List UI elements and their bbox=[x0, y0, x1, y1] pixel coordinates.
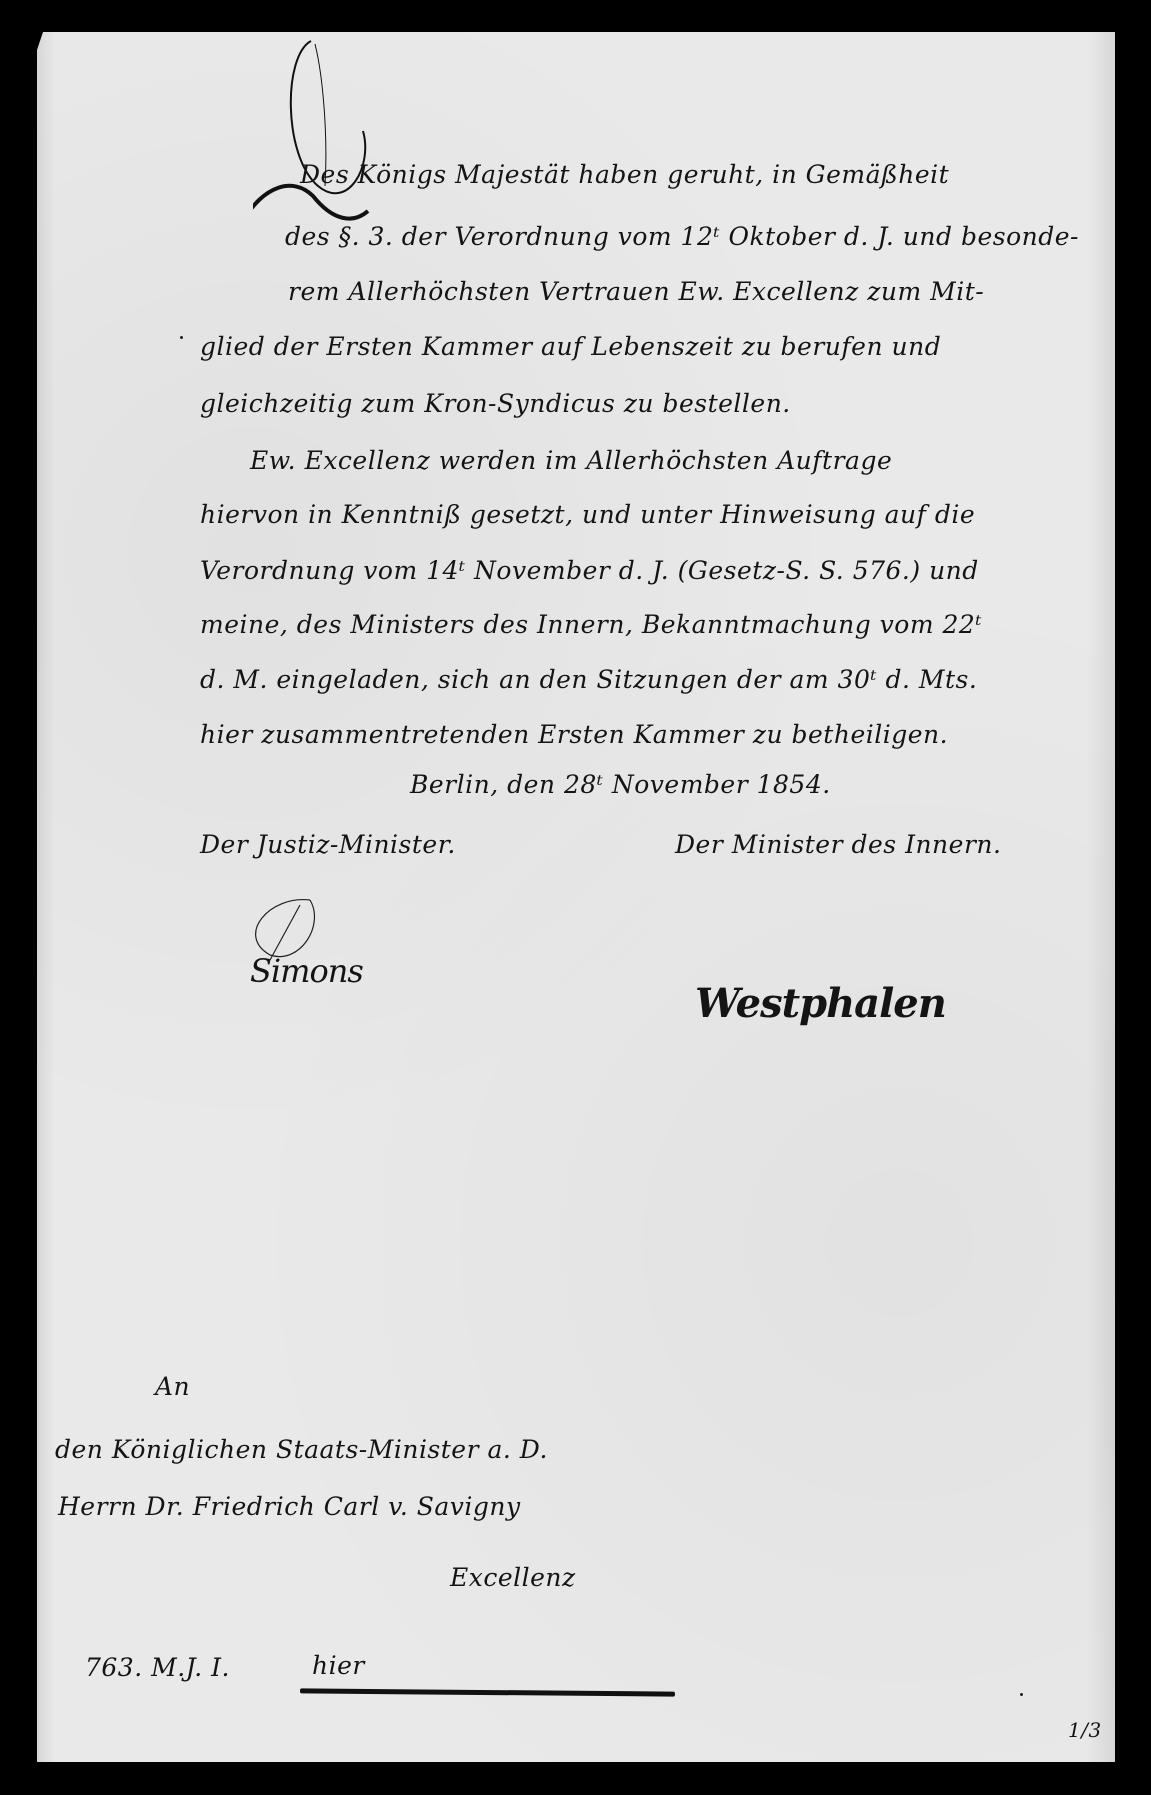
address-line: den Königlichen Staats-Minister a. D. bbox=[55, 1435, 548, 1464]
address-line: An bbox=[155, 1372, 190, 1401]
body-line: rem Allerhöchsten Vertrauen Ew. Excellen… bbox=[288, 277, 984, 306]
drop-cap-d-flourish bbox=[253, 36, 483, 231]
address-line: hier bbox=[312, 1651, 365, 1680]
folio-mark: 1/3 bbox=[1068, 1718, 1102, 1742]
body-line: hiervon in Kenntniß gesetzt, und unter H… bbox=[200, 500, 975, 529]
ink-speck bbox=[1020, 1693, 1023, 1696]
address-line: Herrn Dr. Friedrich Carl v. Savigny bbox=[58, 1492, 521, 1521]
body-line: Verordnung vom 14ᵗ November d. J. (Geset… bbox=[200, 556, 979, 585]
body-line: hier zusammentretenden Ersten Kammer zu … bbox=[200, 720, 948, 749]
body-line: Des Königs Majestät haben geruht, in Gem… bbox=[300, 160, 949, 189]
body-line: glied der Ersten Kammer auf Lebenszeit z… bbox=[200, 332, 941, 361]
body-line: Ew. Excellenz werden im Allerhöchsten Au… bbox=[250, 446, 892, 475]
body-line: des §. 3. der Verordnung vom 12ᵗ Oktober… bbox=[285, 222, 1079, 251]
address-line: Excellenz bbox=[450, 1563, 576, 1592]
ink-speck bbox=[180, 336, 183, 339]
body-line: meine, des Ministers des Innern, Bekannt… bbox=[200, 610, 982, 639]
left-signature: Simons bbox=[250, 952, 363, 990]
body-line: d. M. eingeladen, sich an den Sitzungen … bbox=[200, 665, 977, 694]
left-signatory-title: Der Justiz-Minister. bbox=[200, 830, 456, 859]
right-signature: Westphalen bbox=[695, 980, 946, 1027]
right-signatory-title: Der Minister des Innern. bbox=[675, 830, 1001, 859]
body-line: gleichzeitig zum Kron-Syndicus zu bestel… bbox=[200, 389, 791, 418]
place-date: Berlin, den 28ᵗ November 1854. bbox=[410, 770, 831, 799]
reference-number: 763. M.J. I. bbox=[85, 1653, 230, 1682]
